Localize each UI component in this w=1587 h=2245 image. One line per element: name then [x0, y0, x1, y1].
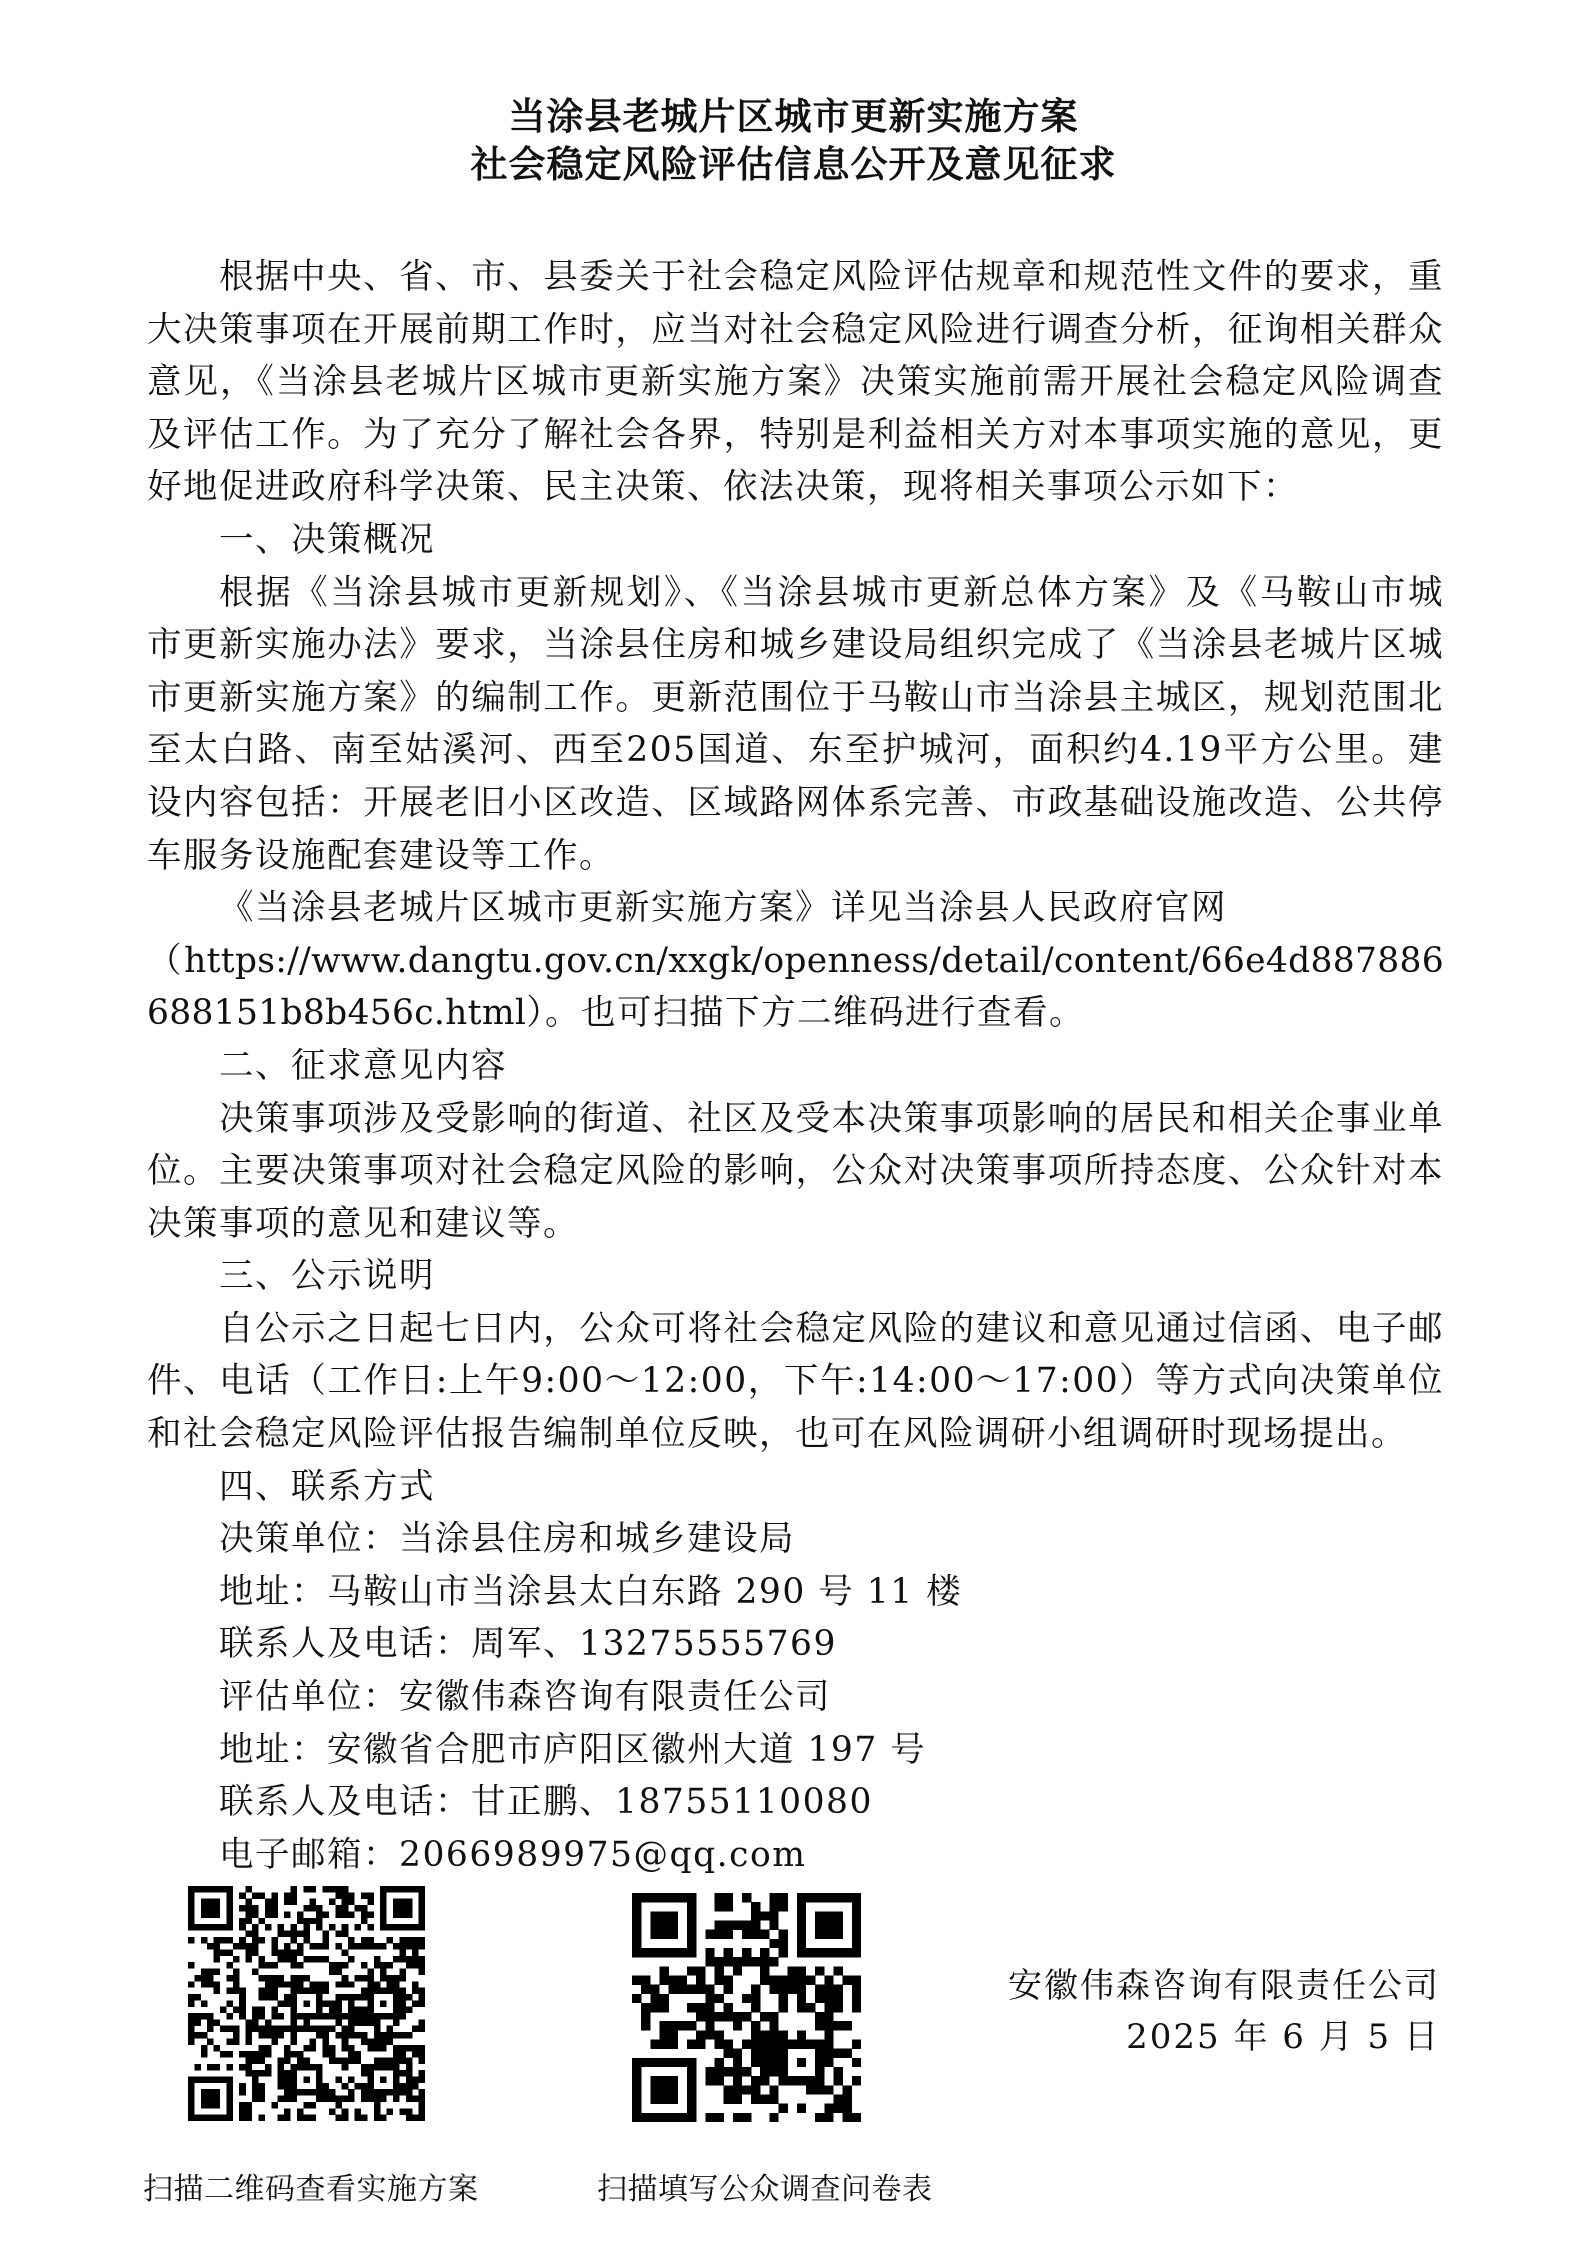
link-intro-paragraph: 《当涂县老城片区城市更新实施方案》详见当涂县人民政府官网	[147, 882, 1444, 935]
qr-code-icon	[188, 1886, 425, 2121]
section-heading-contact: 四、联系方式	[147, 1461, 1444, 1514]
qr-code-graphic	[188, 1886, 425, 2121]
qr-code-icon	[632, 1893, 861, 2122]
section-heading-overview: 一、决策概况	[147, 514, 1444, 567]
link-open-paren: （	[147, 941, 184, 981]
contact-evaluation-address: 地址：安徽省合肥市庐阳区徽州大道 197 号	[147, 1724, 1444, 1777]
notice-page: 当涂县老城片区城市更新实施方案 社会稳定风险评估信息公开及意见征求 根据中央、省…	[0, 0, 1587, 2245]
section-heading-opinion: 二、征求意见内容	[147, 1040, 1444, 1093]
document-body: 根据中央、省、市、县委关于社会稳定风险评估规章和规范性文件的要求，重大决策事项在…	[147, 251, 1444, 1881]
contact-evaluation-phone: 联系人及电话：甘正鹏、18755110080	[147, 1776, 1444, 1829]
contact-decision-address: 地址：马鞍山市当涂县太白东路 290 号 11 楼	[147, 1566, 1444, 1619]
qr-caption-plan: 扫描二维码查看实施方案	[143, 2170, 479, 2210]
page-title: 当涂县老城片区城市更新实施方案	[0, 93, 1587, 141]
contact-decision-phone: 联系人及电话：周军、13275555769	[147, 1618, 1444, 1671]
overview-paragraph: 根据《当涂县城市更新规划》、《当涂县城市更新总体方案》及《马鞍山市城市更新实施办…	[147, 567, 1444, 883]
section-heading-notice: 三、公示说明	[147, 1250, 1444, 1303]
signature-organization: 安徽伟森咨询有限责任公司	[1008, 1961, 1440, 2011]
notice-paragraph: 自公示之日起七日内，公众可将社会稳定风险的建议和意见通过信函、电子邮件、电话（工…	[147, 1303, 1444, 1461]
contact-email[interactable]: 电子邮箱：2066989975@qq.com	[147, 1829, 1444, 1882]
contact-evaluation-unit: 评估单位：安徽伟森咨询有限责任公司	[147, 1671, 1444, 1724]
qr-caption-survey: 扫描填写公众调查问卷表	[597, 2170, 933, 2210]
contact-decision-unit: 决策单位：当涂县住房和城乡建设局	[147, 1513, 1444, 1566]
link-paragraph: （https://www.dangtu.gov.cn/xxgk/openness…	[147, 935, 1444, 1040]
opinion-paragraph: 决策事项涉及受影响的街道、社区及受本决策事项影响的居民和相关企事业单位。主要决策…	[147, 1093, 1444, 1251]
intro-paragraph: 根据中央、省、市、县委关于社会稳定风险评估规章和规范性文件的要求，重大决策事项在…	[147, 251, 1444, 514]
link-close-text: ）。也可扫描下方二维码进行查看。	[526, 993, 1085, 1033]
signature-date: 2025 年 6 月 5 日	[1126, 2012, 1440, 2062]
qr-code-graphic	[632, 1893, 861, 2122]
page-subtitle: 社会稳定风险评估信息公开及意见征求	[0, 141, 1587, 189]
